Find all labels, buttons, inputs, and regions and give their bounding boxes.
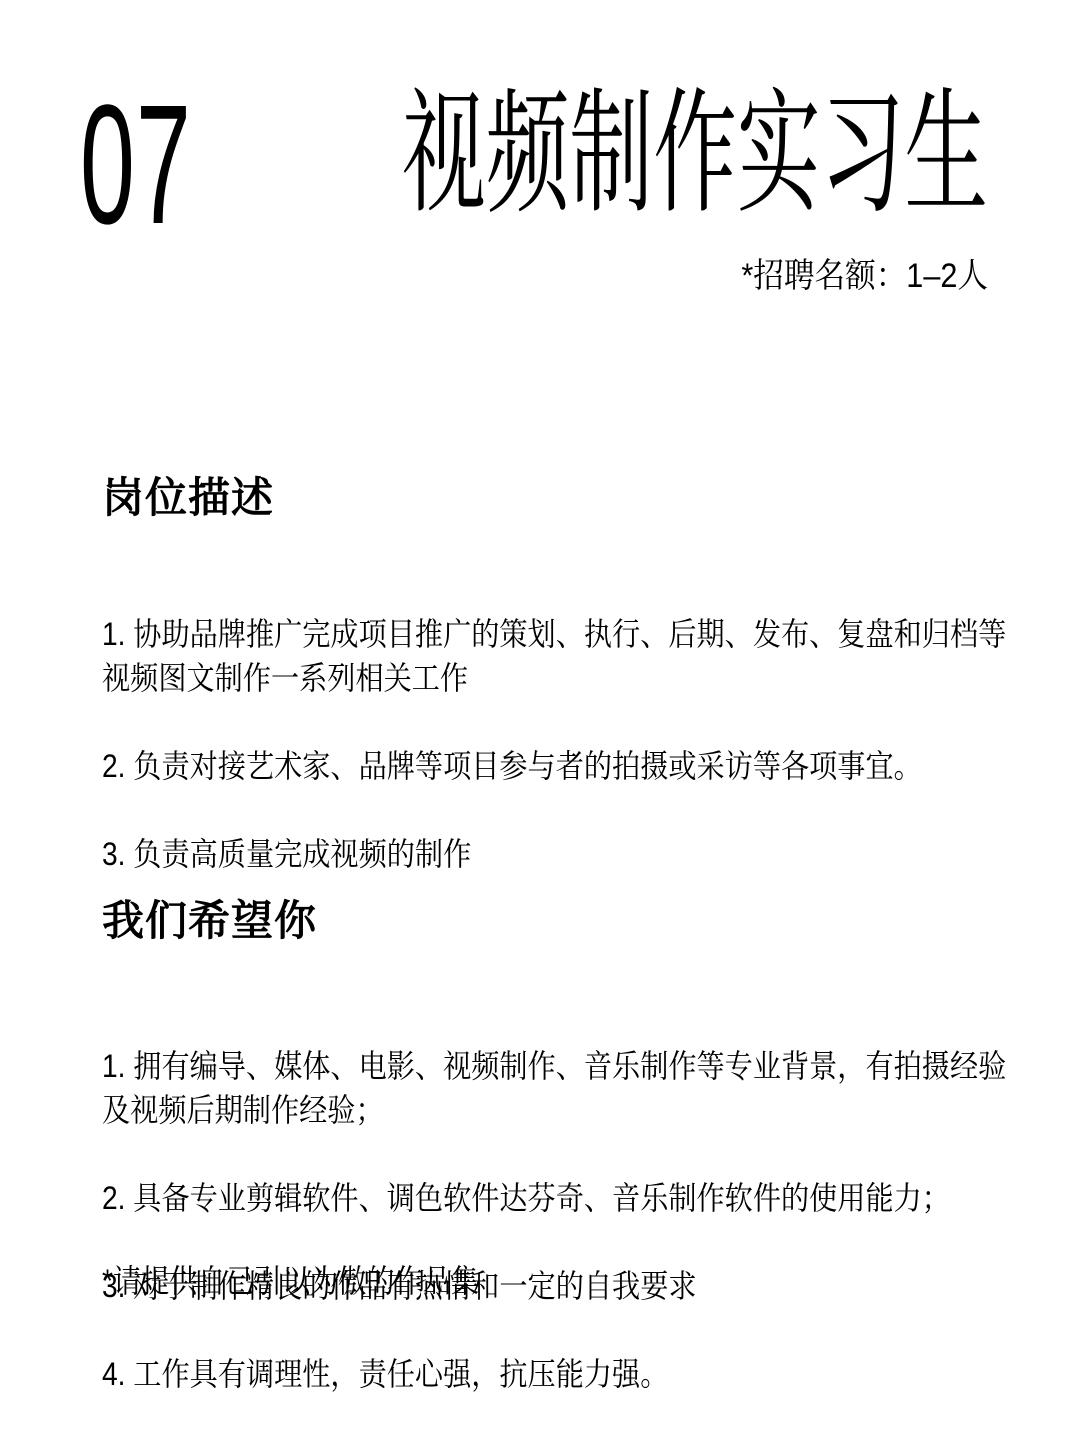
page-title: 视频制作实习生	[402, 86, 988, 221]
section-heading-expectations: 我们希望你	[102, 897, 317, 945]
job-posting-page: 07 视频制作实习生 *招聘名额：1–2人 岗位描述 1. 协助品牌推广完成项目…	[0, 0, 1080, 1440]
job-description-item-1: 1. 协助品牌推广完成项目推广的策划、执行、后期、发布、复盘和归档等 视频图文制…	[102, 612, 1080, 700]
job-description-item-3: 3. 负责高质量完成视频的制作	[102, 832, 1080, 876]
expectations-item-2: 2. 具备专业剪辑软件、调色软件达芬奇、音乐制作软件的使用能力；	[102, 1176, 1080, 1220]
job-description-list: 1. 协助品牌推广完成项目推广的策划、执行、后期、发布、复盘和归档等 视频图文制…	[102, 568, 1080, 920]
expectations-item-1: 1. 拥有编导、媒体、电影、视频制作、音乐制作等专业背景，有拍摄经验 及视频后期…	[102, 1044, 1080, 1132]
page-number: 07	[80, 80, 192, 250]
expectations-list: 1. 拥有编导、媒体、电影、视频制作、音乐制作等专业背景，有拍摄经验 及视频后期…	[102, 1000, 1080, 1440]
recruitment-quota-note: *招聘名额：1–2人	[741, 254, 988, 298]
portfolio-note: *请提供自己引以为傲的作品集	[102, 1259, 1080, 1303]
job-description-item-2: 2. 负责对接艺术家、品牌等项目参与者的拍摄或采访等各项事宜。	[102, 744, 1080, 788]
expectations-item-4: 4. 工作具有调理性，责任心强，抗压能力强。	[102, 1352, 1080, 1396]
section-heading-job-description: 岗位描述	[102, 474, 274, 522]
